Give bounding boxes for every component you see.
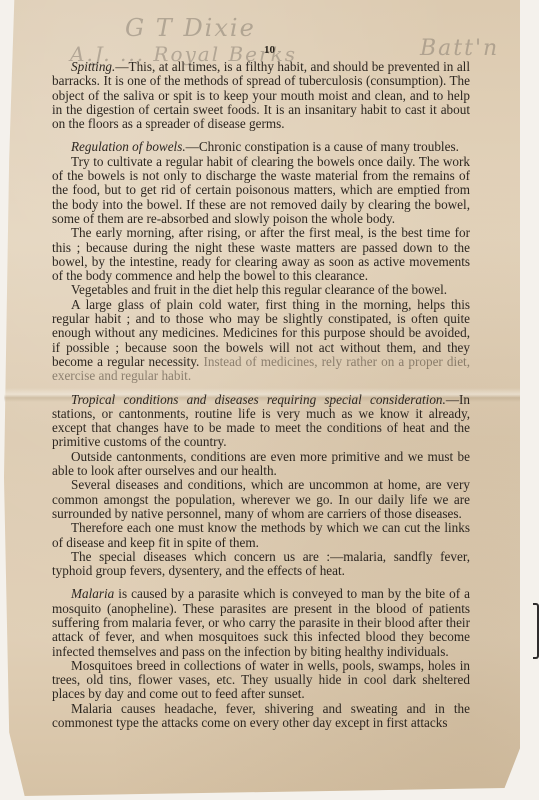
paragraph: Several diseases and conditions, which a…	[52, 478, 470, 521]
paragraph: Therefore each one must know the methods…	[52, 521, 470, 550]
section-heading: Malaria	[71, 586, 114, 601]
section-heading: Tropical conditions and diseases requiri…	[71, 392, 446, 407]
paragraph: The early morning, after rising, or afte…	[52, 226, 470, 283]
paragraph: Try to cultivate a regular habit of clea…	[52, 155, 470, 226]
body-text: Spitting.—This, at all times, is a filth…	[52, 60, 470, 730]
paragraph: A large glass of plain cold water, first…	[52, 298, 470, 384]
paragraph-malaria: Malaria is caused by a parasite which is…	[52, 587, 470, 658]
section-heading: Spitting.	[71, 59, 115, 74]
paragraph: Outside cantonments, conditions are even…	[52, 450, 470, 479]
paragraph: Vegetables and fruit in the diet help th…	[52, 283, 470, 297]
page-number: 10	[0, 44, 539, 56]
paragraph-bowels-heading: Regulation of bowels.—Chronic constipati…	[52, 140, 470, 154]
paragraph: The special diseases which concern us ar…	[52, 550, 470, 579]
staple-clip	[533, 603, 539, 659]
section-heading: Regulation of bowels.	[71, 139, 186, 154]
paragraph: Mosquitoes breed in collections of water…	[52, 659, 470, 702]
pencil-annotation: G T Dixie	[125, 14, 256, 42]
paragraph-tropical-heading: Tropical conditions and diseases requiri…	[52, 393, 470, 450]
paragraph: Malaria causes headache, fever, shiverin…	[52, 702, 470, 731]
paragraph-spitting: Spitting.—This, at all times, is a filth…	[52, 60, 470, 131]
